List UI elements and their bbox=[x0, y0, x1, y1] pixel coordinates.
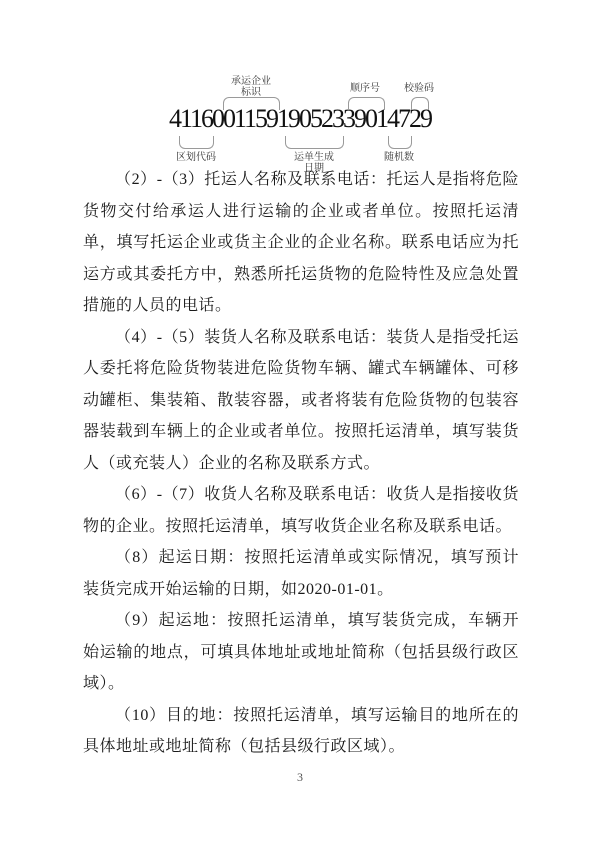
bracket-sequence-number bbox=[348, 97, 385, 110]
document-body: （2）-（3）托运人名称及联系电话：托运人是指将危险货物交付给承运人进行运输的企… bbox=[83, 164, 519, 763]
label-carrier-id: 承运企业标识 bbox=[228, 76, 274, 98]
paragraph-origin: （9）起运地：按照托运清单，填写装货完成，车辆开始运输的地点，可填具体地址或地址… bbox=[83, 605, 519, 700]
label-area-code: 区划代码 bbox=[166, 152, 226, 163]
paragraph-departure-date: （8）起运日期：按照托运清单或实际情况，填写预计装货完成开始运输的日期，如202… bbox=[83, 542, 519, 605]
bracket-waybill-date bbox=[285, 136, 344, 149]
page-number: 3 bbox=[0, 770, 600, 785]
bracket-random-number bbox=[388, 136, 412, 149]
label-check-code: 校验码 bbox=[389, 83, 449, 94]
paragraph-consignee: （6）-（7）收货人名称及联系电话：收货人是指接收货物的企业。按照托运清单，填写… bbox=[83, 479, 519, 542]
bracket-area-code bbox=[179, 136, 214, 149]
waybill-number: 411600115919052339014729 bbox=[165, 104, 435, 134]
label-random-number: 随机数 bbox=[369, 152, 429, 163]
waybill-number-diagram: 411600115919052339014729 区划代码 承运企业标识 运单生… bbox=[165, 76, 435, 176]
paragraph-destination: （10）目的地：按照托运清单，填写运输目的地所在的具体地址或地址简称（包括县级行… bbox=[83, 700, 519, 763]
label-sequence-number: 顺序号 bbox=[335, 83, 395, 94]
bracket-carrier-id bbox=[223, 97, 280, 110]
bracket-check-code bbox=[411, 97, 429, 110]
document-page: 411600115919052339014729 区划代码 承运企业标识 运单生… bbox=[0, 0, 600, 848]
paragraph-shipper: （2）-（3）托运人名称及联系电话：托运人是指将危险货物交付给承运人进行运输的企… bbox=[83, 164, 519, 322]
paragraph-loader: （4）-（5）装货人名称及联系电话：装货人是指受托运人委托将危险货物装进危险货物… bbox=[83, 322, 519, 480]
